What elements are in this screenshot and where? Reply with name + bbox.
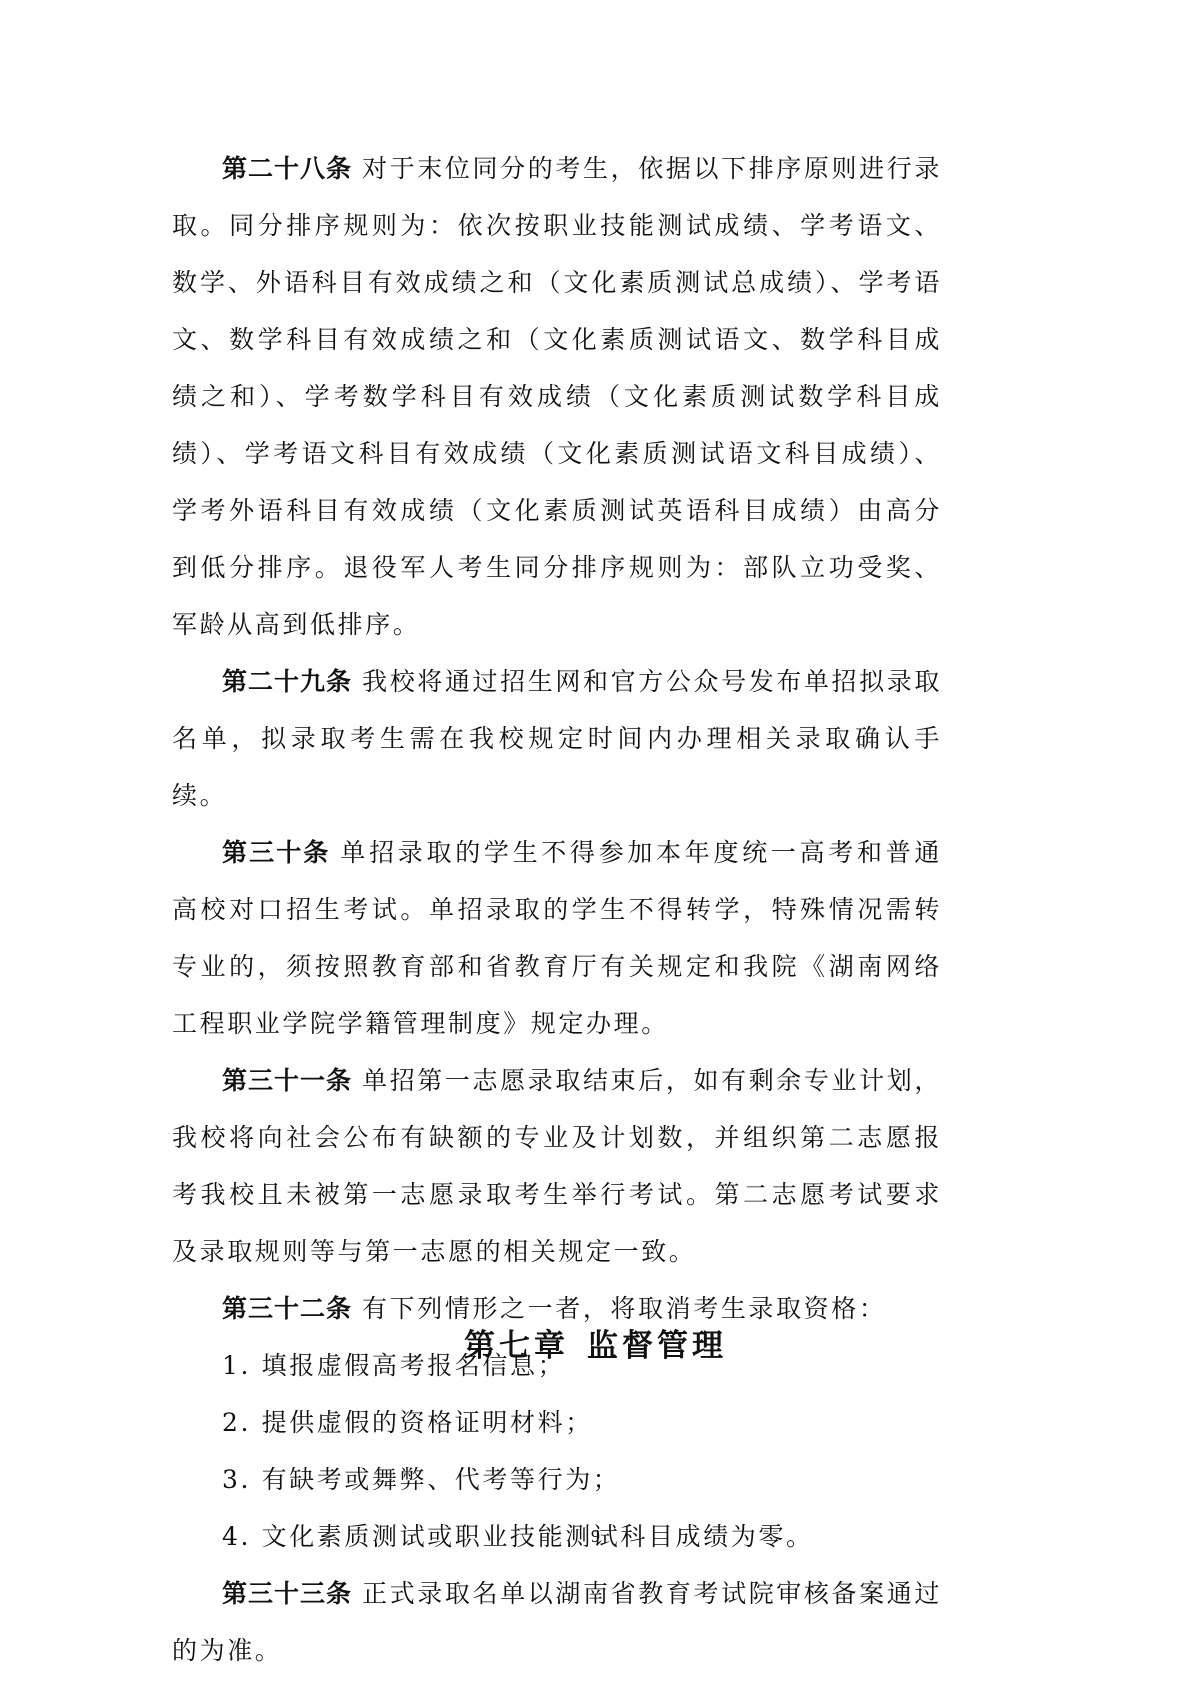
article-heading: 第二十八条 bbox=[222, 154, 352, 183]
article-heading: 第三十三条 bbox=[222, 1579, 352, 1608]
article-text: 有下列情形之一者，将取消考生录取资格： bbox=[362, 1294, 886, 1323]
article-31: 第三十一条单招第一志愿录取结束后，如有剩余专业计划，我校将向社会公布有缺额的专业… bbox=[172, 1052, 942, 1280]
article-30: 第三十条单招录取的学生不得参加本年度统一高考和普通高校对口招生考试。单招录取的学… bbox=[172, 824, 942, 1052]
article-heading: 第三十一条 bbox=[222, 1066, 352, 1095]
document-body: 第二十八条对于末位同分的考生，依据以下排序原则进行录取。同分排序规则为：依次按职… bbox=[172, 140, 942, 1679]
list-item: 3. 有缺考或舞弊、代考等行为； bbox=[172, 1451, 942, 1508]
article-33: 第三十三条正式录取名单以湖南省教育考试院审核备案通过的为准。 bbox=[172, 1565, 942, 1679]
article-heading: 第二十九条 bbox=[222, 667, 352, 696]
article-29: 第二十九条我校将通过招生网和官方公众号发布单招拟录取名单，拟录取考生需在我校规定… bbox=[172, 653, 942, 824]
article-text: 对于末位同分的考生，依据以下排序原则进行录取。同分排序规则为：依次按职业技能测试… bbox=[172, 154, 942, 639]
article-heading: 第三十二条 bbox=[222, 1294, 352, 1323]
chapter-number: 第七章 bbox=[464, 1328, 569, 1364]
list-item: 2. 提供虚假的资格证明材料； bbox=[172, 1394, 942, 1451]
page-number: 9 bbox=[0, 1526, 1191, 1547]
article-28: 第二十八条对于末位同分的考生，依据以下排序原则进行录取。同分排序规则为：依次按职… bbox=[172, 140, 942, 653]
article-text: 单招录取的学生不得参加本年度统一高考和普通高校对口招生考试。单招录取的学生不得转… bbox=[172, 838, 942, 1038]
article-heading: 第三十条 bbox=[222, 838, 330, 867]
chapter-heading: 第七章监督管理 bbox=[0, 1326, 1191, 1366]
article-text: 单招第一志愿录取结束后，如有剩余专业计划，我校将向社会公布有缺额的专业及计划数，… bbox=[172, 1066, 942, 1266]
chapter-title: 监督管理 bbox=[587, 1328, 727, 1364]
